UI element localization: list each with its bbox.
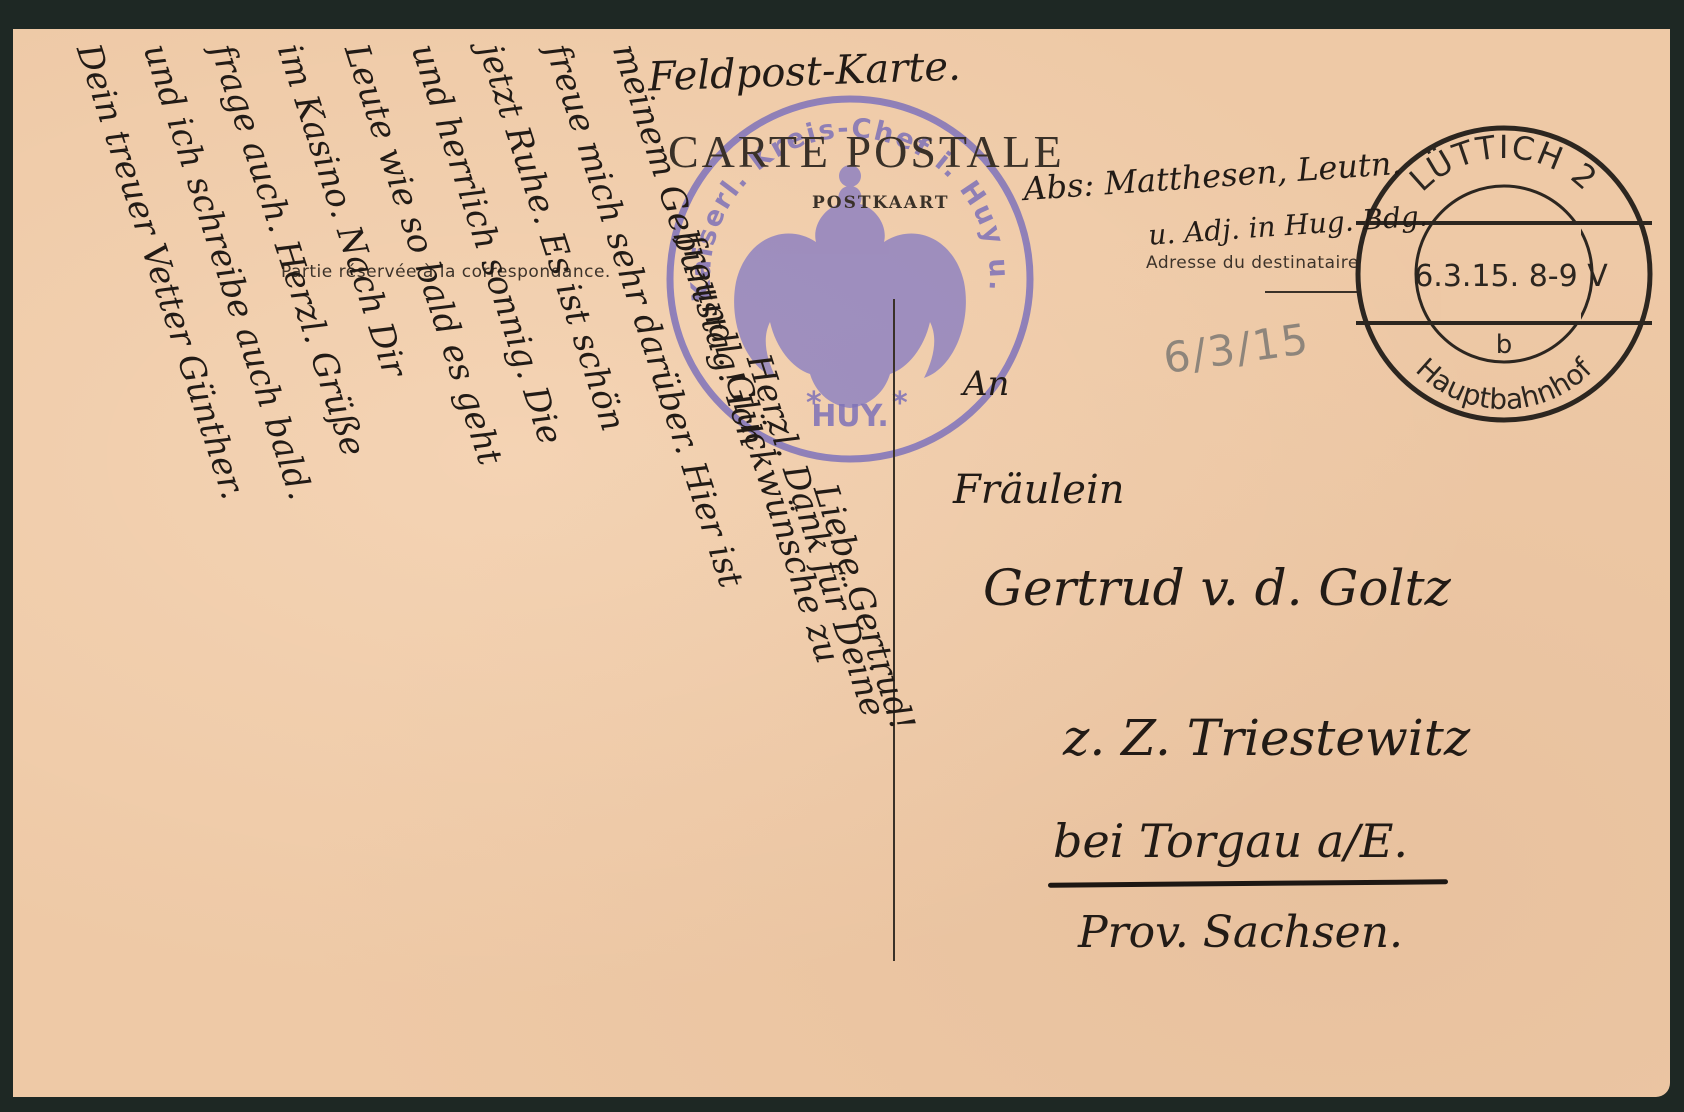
postmark-city: LÜTTICH 2 xyxy=(1402,128,1606,199)
postmark-date: 6.3.15. 8-9 V xyxy=(1414,259,1608,294)
pencil-date: 6/3/15 xyxy=(1160,314,1313,383)
address-rule xyxy=(1265,291,1360,293)
to-label: An xyxy=(963,364,1009,404)
address-line: z. Z. Triestewitz xyxy=(1063,709,1470,767)
card-title: CARTE POSTALE xyxy=(668,125,1065,178)
address-underline xyxy=(1048,879,1448,887)
center-divider xyxy=(893,299,895,961)
address-line: bei Torgau a/E. xyxy=(1053,814,1408,868)
seal-bottom-text: HUY. xyxy=(811,399,889,434)
address-label: Adresse du destinataire xyxy=(1146,253,1359,273)
address-line: Gertrud v. d. Goltz xyxy=(983,559,1451,617)
address-line: Prov. Sachsen. xyxy=(1078,907,1403,958)
postmark-letter: b xyxy=(1496,330,1513,360)
postcard: Kaiserl. Kreis-Chef i. Huy u. Waremme * … xyxy=(13,29,1670,1097)
sender-line-1: Abs: Matthesen, Leutn. xyxy=(1022,144,1403,208)
card-subtitle: POSTKAART xyxy=(812,193,949,213)
address-line: Fräulein xyxy=(953,467,1125,513)
svg-text:LÜTTICH 2: LÜTTICH 2 xyxy=(1402,128,1606,199)
